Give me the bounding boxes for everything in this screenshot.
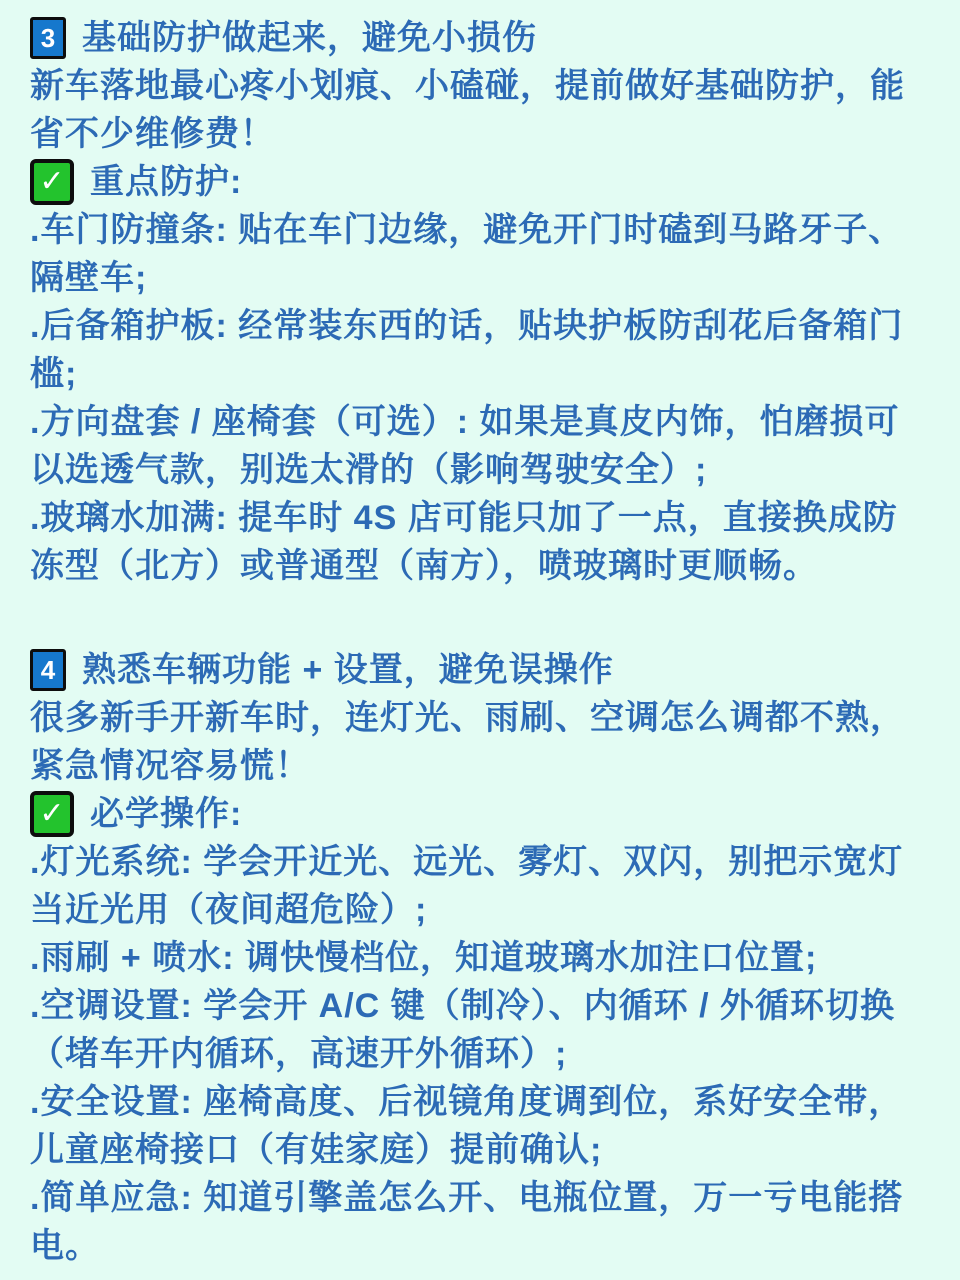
check-label: 重点防护: <box>90 158 242 206</box>
bullet-item: .空调设置: 学会开 A/C 键（制冷）、内循环 / 外循环切换（堵车开内循环，… <box>30 982 930 1078</box>
section-title: 基础防护做起来，避免小损伤 <box>82 14 537 62</box>
section-intro: 新车落地最心疼小划痕、小磕碰，提前做好基础防护，能省不少维修费！ <box>30 62 930 158</box>
section-basic-protection: 3 基础防护做起来，避免小损伤 新车落地最心疼小划痕、小磕碰，提前做好基础防护，… <box>30 14 930 590</box>
check-label: 必学操作: <box>90 790 242 838</box>
bullet-item: .灯光系统: 学会开近光、远光、雾灯、双闪，别把示宽灯当近光用（夜间超危险）; <box>30 838 930 934</box>
section-heading: 3 基础防护做起来，避免小损伤 <box>30 14 930 62</box>
keycap-4-icon: 4 <box>30 649 66 691</box>
bullet-item: .雨刷 + 喷水: 调快慢档位，知道玻璃水加注口位置; <box>30 934 930 982</box>
bullet-item: .安全设置: 座椅高度、后视镜角度调到位，系好安全带，儿童座椅接口（有娃家庭）提… <box>30 1078 930 1174</box>
bullet-item: .后备箱护板: 经常装东西的话，贴块护板防刮花后备箱门槛; <box>30 302 930 398</box>
check-mark-icon: ✓ <box>30 159 74 205</box>
bullet-item: .玻璃水加满: 提车时 4S 店可能只加了一点，直接换成防冻型（北方）或普通型（… <box>30 494 930 590</box>
bullet-item: .车门防撞条: 贴在车门边缘，避免开门时磕到马路牙子、隔壁车; <box>30 206 930 302</box>
check-heading: ✓ 重点防护: <box>30 158 930 206</box>
keycap-3-icon: 3 <box>30 17 66 59</box>
section-vehicle-functions: 4 熟悉车辆功能 + 设置，避免误操作 很多新手开新车时，连灯光、雨刷、空调怎么… <box>30 646 930 1270</box>
check-heading: ✓ 必学操作: <box>30 790 930 838</box>
section-heading: 4 熟悉车辆功能 + 设置，避免误操作 <box>30 646 930 694</box>
note-page: { "page": { "background_color": "#e3fcf3… <box>0 0 960 1280</box>
section-intro: 很多新手开新车时，连灯光、雨刷、空调怎么调都不熟，紧急情况容易慌！ <box>30 694 930 790</box>
bullet-item: .简单应急: 知道引擎盖怎么开、电瓶位置，万一亏电能搭电。 <box>30 1174 930 1270</box>
check-mark-icon: ✓ <box>30 791 74 837</box>
section-title: 熟悉车辆功能 + 设置，避免误操作 <box>82 646 614 694</box>
bullet-item: .方向盘套 / 座椅套（可选）: 如果是真皮内饰，怕磨损可以选透气款，别选太滑的… <box>30 398 930 494</box>
